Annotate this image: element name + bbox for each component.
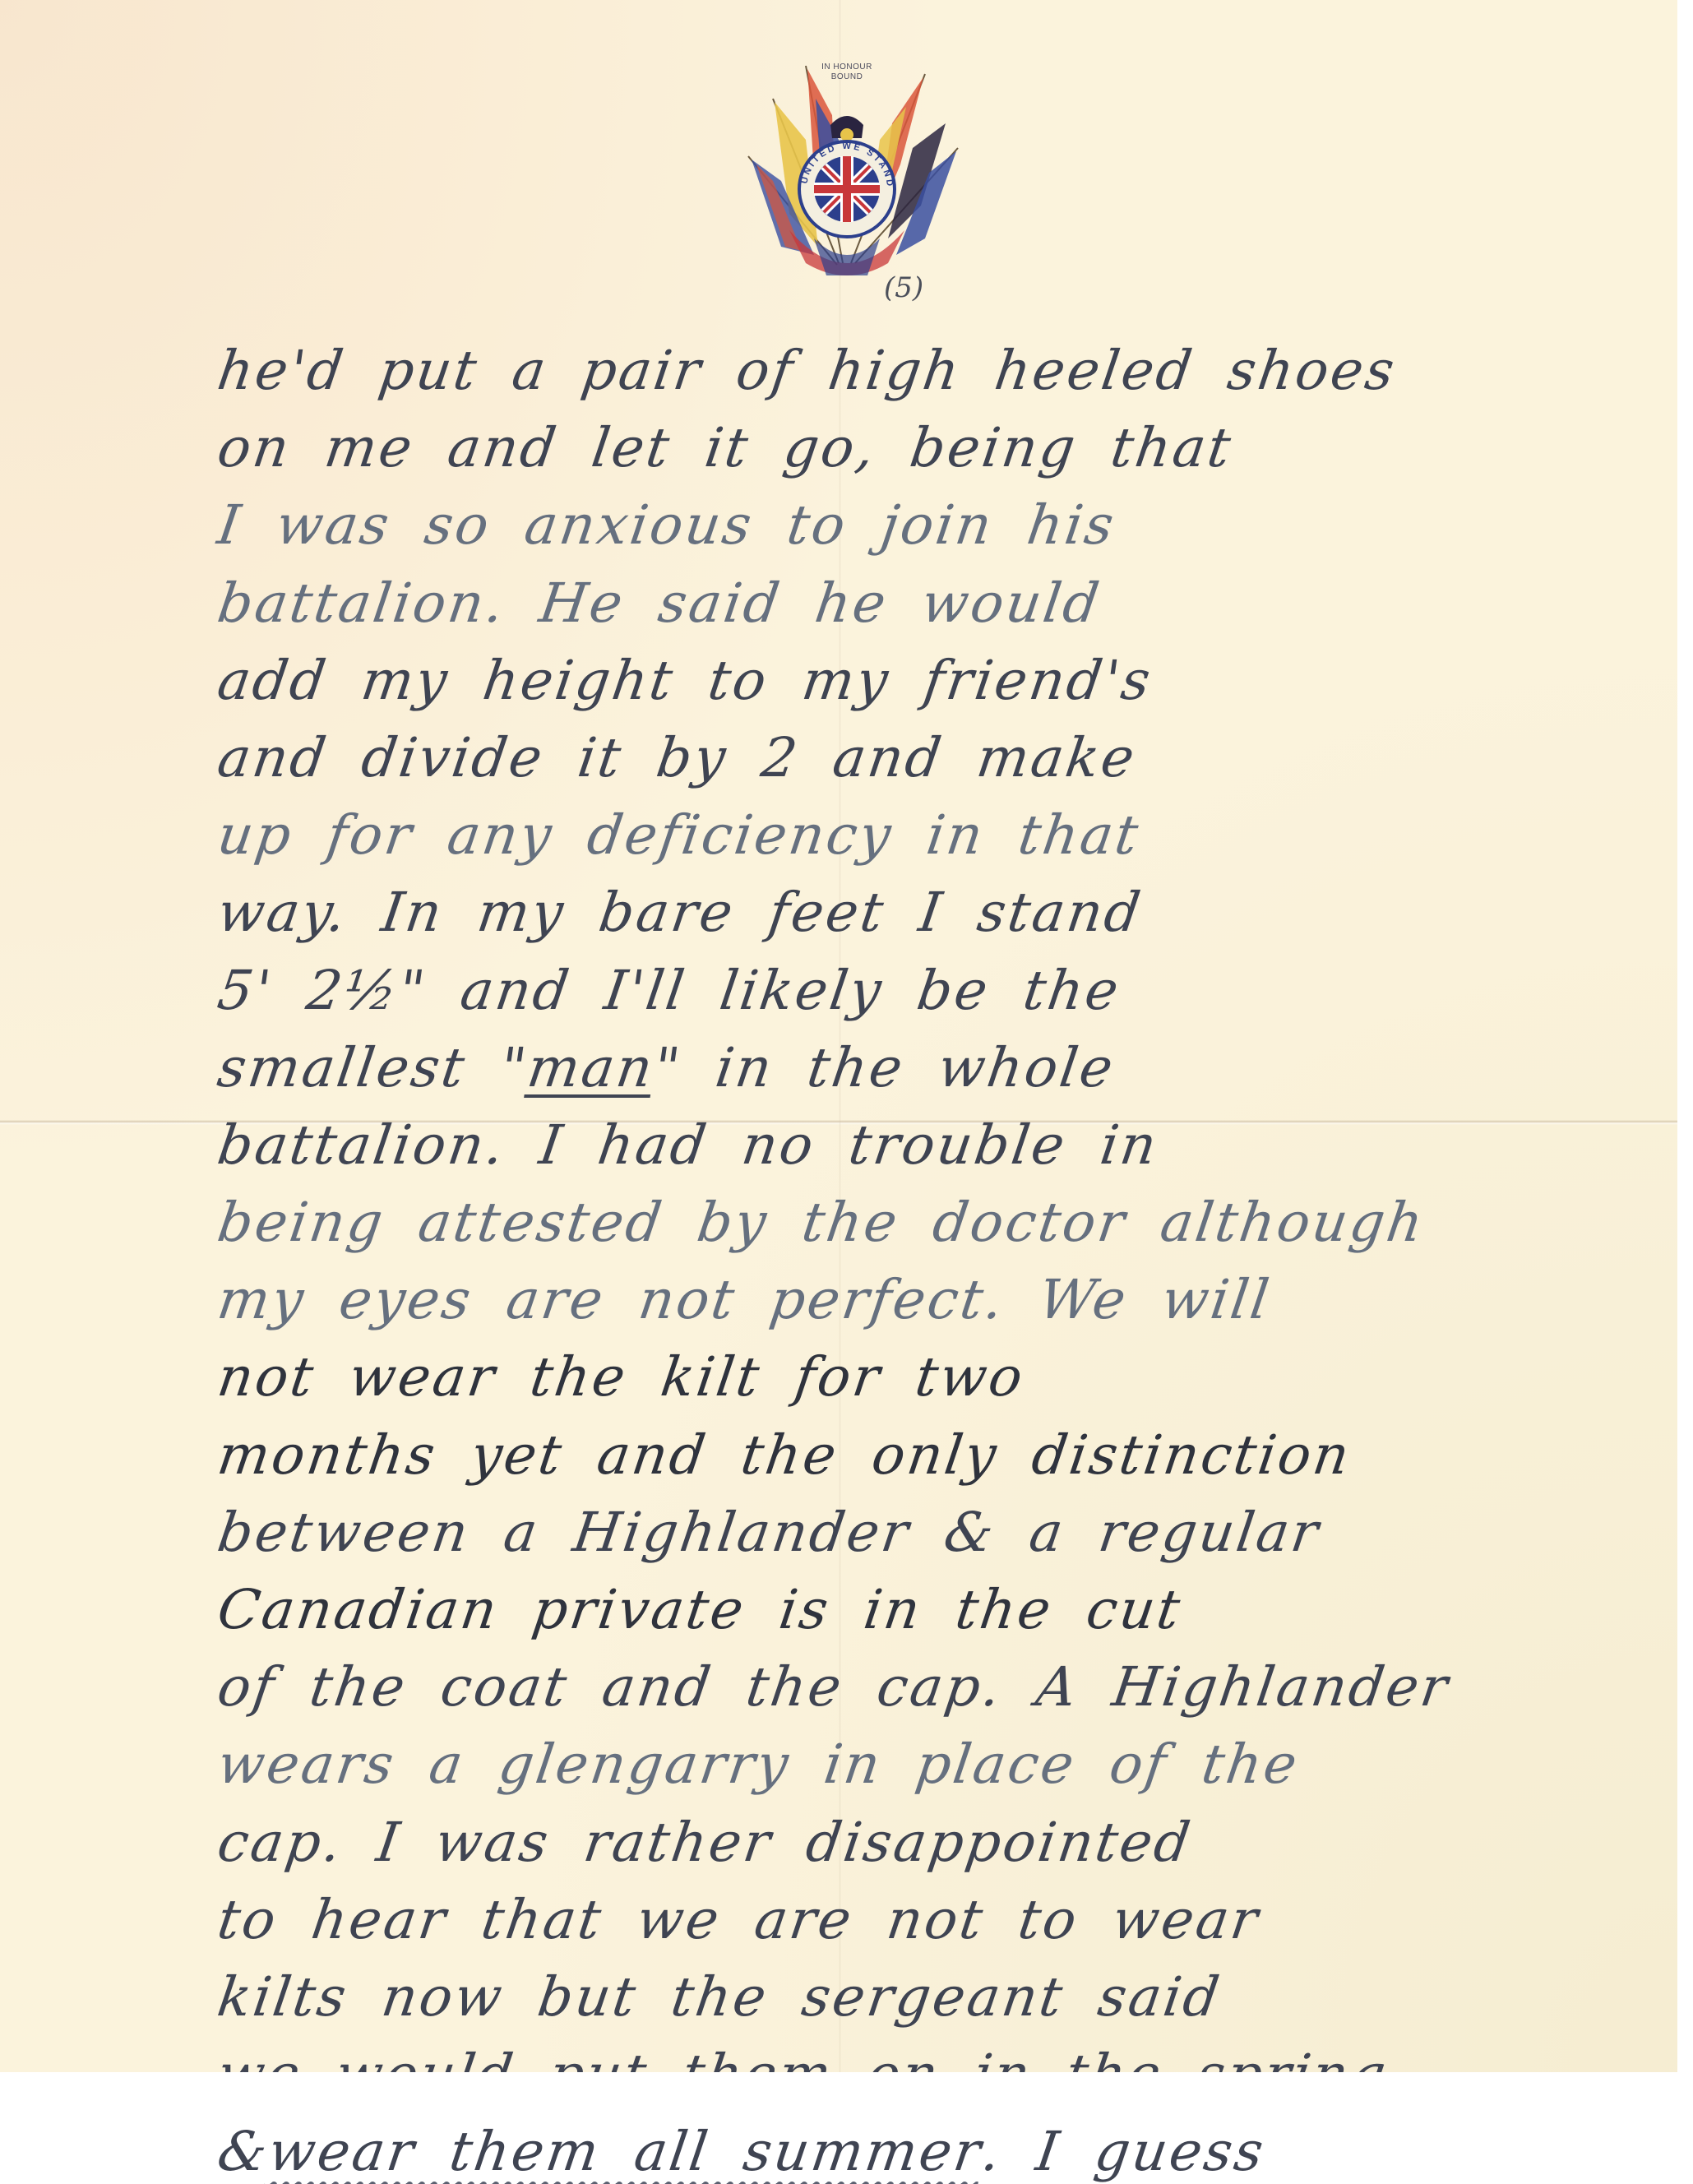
- letter-line: not wear the kilt for two: [214, 1331, 1672, 1409]
- letter-line: add my height to my friend's: [214, 635, 1672, 712]
- letter-line: 5' 2½" and I'll likely be the: [214, 945, 1672, 1022]
- letter-line: cap. I was rather disappointed: [214, 1797, 1672, 1874]
- page-number: (5): [884, 271, 923, 304]
- letter-line: my eyes are not perfect. We will: [214, 1254, 1672, 1331]
- letter-line: battalion. He said he would: [214, 558, 1672, 635]
- motto-line-2: BOUND: [798, 72, 896, 82]
- letter-line: up for any deficiency in that: [214, 789, 1672, 867]
- letter-line: of the coat and the cap. A Highlander: [214, 1641, 1672, 1719]
- allied-flags-emblem-icon: UNITED WE STAND: [724, 49, 970, 296]
- scan-margin-right: [1677, 0, 1693, 2105]
- letterhead-motto: IN HONOUR BOUND: [798, 62, 896, 82]
- letter-line: smallest "man" in the whole: [214, 1022, 1672, 1099]
- motto-line-1: IN HONOUR: [798, 62, 896, 72]
- letter-line: he'd put a pair of high heeled shoes: [214, 325, 1672, 402]
- letter-line: being attested by the doctor although: [214, 1177, 1672, 1254]
- line-part: smallest ": [214, 1036, 533, 1099]
- letter-line: wears a glengarry in place of the: [214, 1719, 1672, 1796]
- letter-line: I was so anxious to join his: [214, 479, 1672, 557]
- letter-line: months yet and the only distinction: [214, 1409, 1672, 1487]
- line-part: " in the whole: [650, 1036, 1119, 1099]
- letter-line: between a Highlander & a regular: [214, 1487, 1672, 1564]
- letter-line: way. In my bare feet I stand: [214, 867, 1672, 944]
- scan-margin-bottom: [0, 2072, 1693, 2105]
- letter-line: kilts now but the sergeant said: [214, 1951, 1672, 2029]
- letter-body: he'd put a pair of high heeled shoes on …: [214, 325, 1661, 2105]
- underlined-word: man: [524, 1036, 659, 1099]
- letter-line: Canadian private is in the cut: [214, 1564, 1672, 1641]
- letter-line: and divide it by 2 and make: [214, 712, 1672, 789]
- letter-line: on me and let it go, being that: [214, 402, 1672, 479]
- letter-line: battalion. I had no trouble in: [214, 1099, 1672, 1177]
- letterhead-crest: UNITED WE STAND: [724, 49, 970, 296]
- letter-line: to hear that we are not to wear: [214, 1874, 1672, 1951]
